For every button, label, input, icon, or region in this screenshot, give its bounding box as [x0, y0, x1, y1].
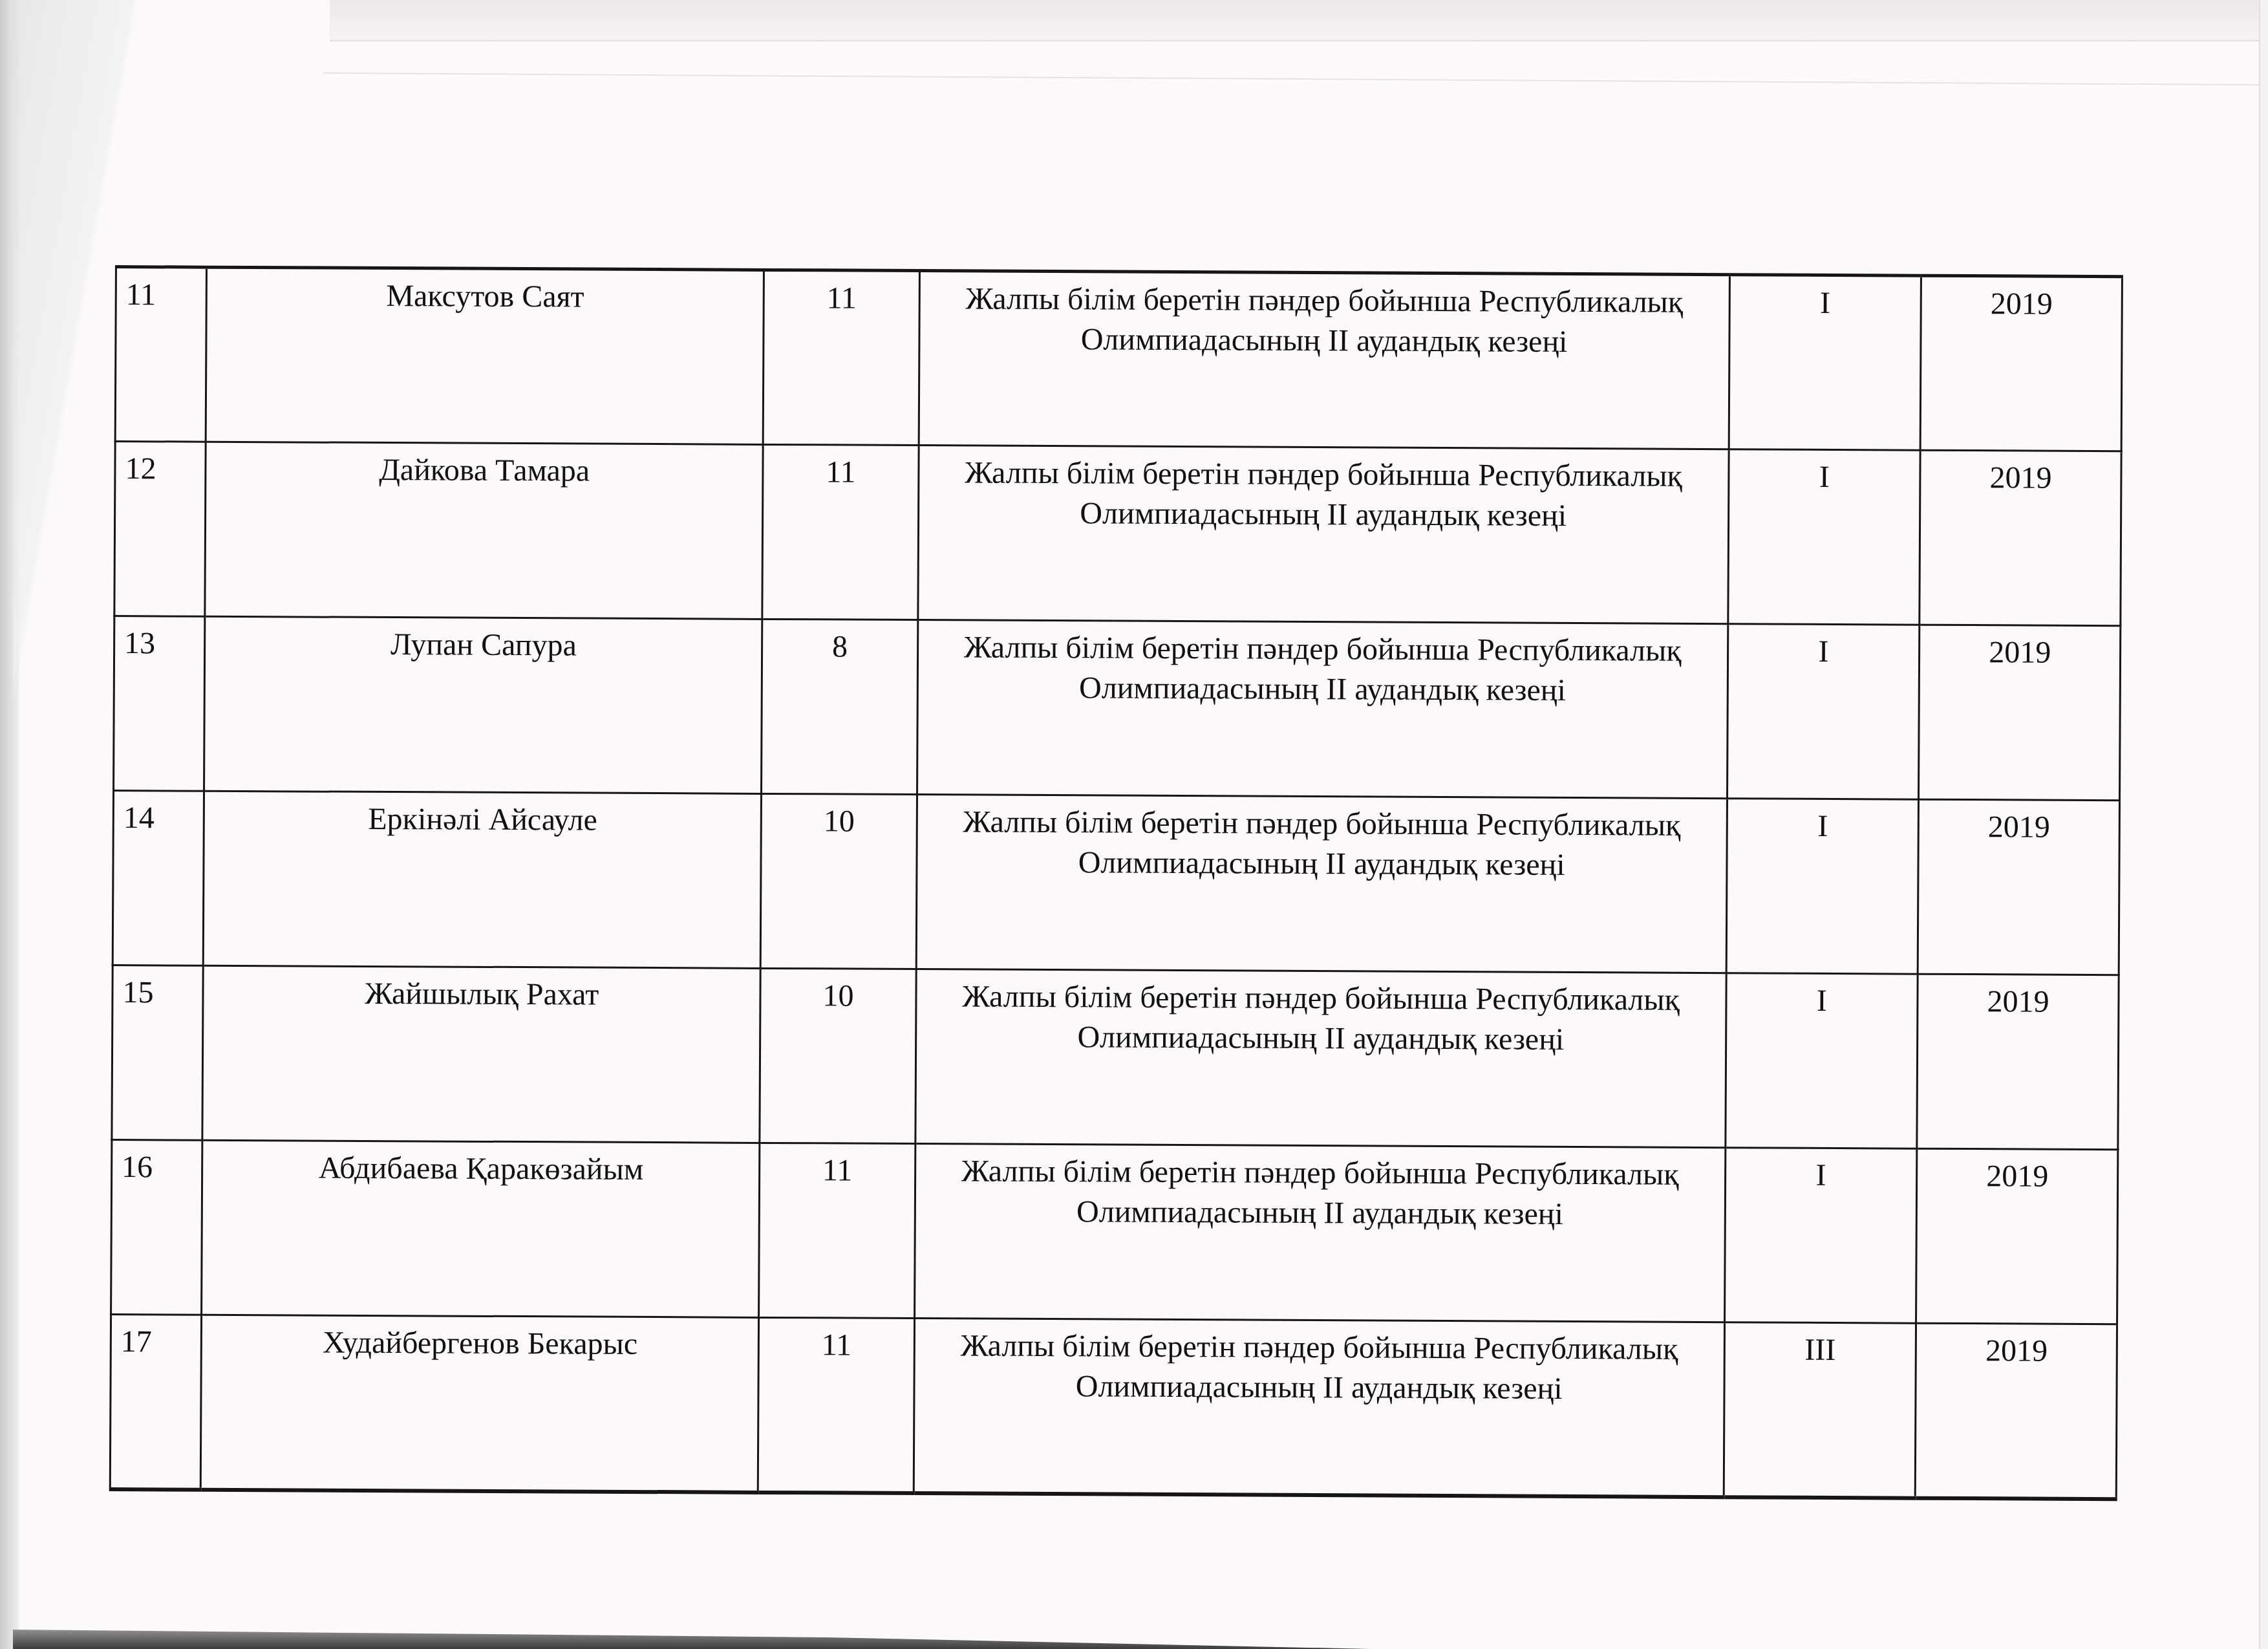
event-year: 2019: [1916, 1148, 2118, 1324]
place-awarded: I: [1729, 275, 1921, 450]
event-name: Жалпы білім беретін пәндер бойынша Респу…: [915, 969, 1726, 1148]
student-name: Лупан Сапура: [204, 616, 762, 793]
student-name: Дайкова Тамара: [205, 442, 763, 619]
student-name: Абдибаева Қаракөзайым: [202, 1140, 760, 1317]
row-number: 15: [112, 965, 204, 1140]
event-year: 2019: [1919, 625, 2121, 801]
place-awarded: I: [1726, 799, 1919, 974]
olympiad-results-table: 11 Максутов Саят 11 Жалпы білім беретін …: [109, 265, 2123, 1501]
table-row: 12 Дайкова Тамара 11 Жалпы білім беретін…: [114, 442, 2121, 626]
event-year: 2019: [1920, 275, 2122, 451]
event-name: Жалпы білім беретін пәндер бойынша Респу…: [916, 795, 1727, 973]
student-grade: 11: [758, 1317, 914, 1493]
event-name: Жалпы білім беретін пәндер бойынша Респу…: [914, 1319, 1724, 1497]
student-name: Еркінәлі Айсауле: [204, 791, 762, 968]
table-row: 17 Худайбергенов Бекарыс 11 Жалпы білім …: [110, 1314, 2117, 1498]
student-grade: 11: [762, 444, 919, 620]
place-awarded: I: [1725, 973, 1918, 1148]
row-number: 12: [114, 442, 206, 617]
table-row: 14 Еркінәлі Айсауле 10 Жалпы білім берет…: [112, 790, 2119, 975]
row-number: 17: [110, 1314, 202, 1489]
student-grade: 10: [760, 793, 917, 969]
student-grade: 8: [762, 619, 918, 794]
row-number: 14: [112, 790, 204, 965]
place-awarded: I: [1727, 624, 1920, 799]
student-name: Максутов Саят: [206, 267, 764, 444]
event-name: Жалпы білім беретін пәндер бойынша Респу…: [919, 271, 1729, 449]
table-row: 13 Лупан Сапура 8 Жалпы білім беретін пә…: [114, 616, 2121, 801]
table-row: 11 Максутов Саят 11 Жалпы білім беретін …: [115, 267, 2122, 451]
scan-bottom-shadow: [13, 1630, 1371, 1649]
student-grade: 11: [759, 1143, 915, 1318]
event-name: Жалпы білім беретін пәндер бойынша Респу…: [918, 446, 1729, 624]
student-name: Жайшылық Рахат: [202, 965, 760, 1143]
scan-page-edge-line: [323, 40, 2263, 85]
student-grade: 10: [760, 968, 916, 1143]
event-year: 2019: [1915, 1323, 2117, 1499]
place-awarded: III: [1724, 1322, 1916, 1498]
place-awarded: I: [1724, 1148, 1917, 1323]
table-row: 16 Абдибаева Қаракөзайым 11 Жалпы білім …: [111, 1139, 2118, 1324]
event-year: 2019: [1918, 799, 2119, 975]
scan-right-edge: [2259, 0, 2268, 1649]
event-year: 2019: [1917, 974, 2119, 1150]
table-row: 15 Жайшылық Рахат 10 Жалпы білім беретін…: [112, 965, 2119, 1149]
student-grade: 11: [763, 270, 919, 445]
student-name: Худайбергенов Бекарыс: [201, 1315, 759, 1492]
row-number: 11: [115, 267, 207, 442]
row-number: 13: [114, 616, 206, 792]
event-name: Жалпы білім беретін пәндер бойынша Респу…: [914, 1144, 1725, 1322]
row-number: 16: [111, 1139, 203, 1315]
event-name: Жалпы білім беретін пәндер бойынша Респу…: [917, 620, 1728, 799]
event-year: 2019: [1920, 450, 2121, 626]
scan-top-page-edge: [330, 0, 2263, 41]
place-awarded: I: [1728, 449, 1920, 625]
